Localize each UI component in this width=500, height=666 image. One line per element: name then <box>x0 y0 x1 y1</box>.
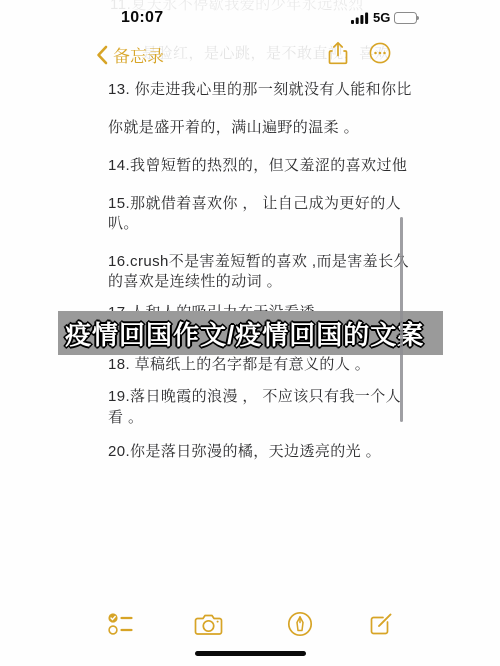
note-line: 的喜欢是连续性的动词 。 <box>108 273 282 290</box>
compose-button[interactable] <box>364 607 398 641</box>
note-line: 15.那就借着喜欢你 ， 让自己成为更好的人 <box>108 195 401 212</box>
back-button-label: 备忘录 <box>113 42 164 67</box>
scroll-indicator[interactable] <box>400 217 403 422</box>
note-line: 18. 草稿纸上的名字都是有意义的人 。 <box>108 356 370 373</box>
home-indicator[interactable] <box>195 651 306 656</box>
watermark-text: 疫情回国作文/疫情回国的文案 <box>58 315 424 352</box>
chevron-left-icon <box>96 45 108 65</box>
checklist-button[interactable] <box>103 607 137 641</box>
note-line: 19.落日晚霞的浪漫 ， 不应该只有我一个人 <box>108 388 401 405</box>
checklist-icon <box>107 611 134 637</box>
camera-icon <box>194 613 223 636</box>
compose-icon <box>368 611 394 637</box>
note-line: 看 。 <box>108 409 143 426</box>
battery-icon <box>394 12 417 24</box>
note-line: 14.我曾短暂的热烈的，但又羞涩的喜欢过他 <box>108 157 407 174</box>
note-line: 16.crush不是害羞短暂的喜欢 ,而是害羞长久 <box>108 253 409 270</box>
note-line: 你就是盛开着的，满山遍野的温柔 。 <box>108 119 359 136</box>
note-line: 13. 你走进我心里的那一刻就没有人能和你比 <box>108 81 412 98</box>
more-options-icon[interactable] <box>369 42 391 64</box>
note-line: 叭。 <box>108 215 139 232</box>
camera-button[interactable] <box>191 607 225 641</box>
note-line: 20.你是落日弥漫的橘，天边透亮的光 。 <box>108 443 381 460</box>
watermark-banner: 疫情回国作文/疫情回国的文案 <box>58 311 443 355</box>
share-icon[interactable] <box>328 41 348 65</box>
markup-icon <box>287 611 313 637</box>
status-time: 10:07 <box>121 9 163 27</box>
notes-app-screen: 11.夏天永不停歇我爱的少年永远热烈 是脸红，是心跳，是不敢直视，喜欢 10:0… <box>0 0 500 666</box>
network-type-label: 5G <box>373 10 390 25</box>
markup-button[interactable] <box>283 607 317 641</box>
status-indicators: 5G <box>351 10 417 25</box>
signal-strength-icon <box>351 12 369 24</box>
back-button[interactable]: 备忘录 <box>96 42 164 67</box>
